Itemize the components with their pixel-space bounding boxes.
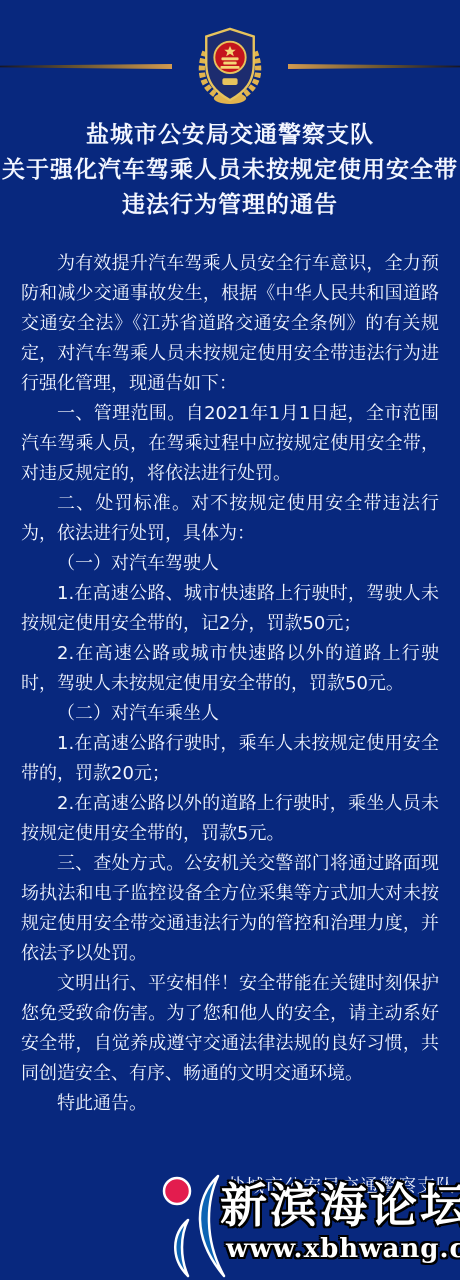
watermark: 新滨海论坛 www.xbhwang.com: [158, 1150, 460, 1278]
notice-paragraph: （二）对汽车乘坐人: [21, 699, 439, 729]
notice-title: 盐城市公安局交通警察支队 关于强化汽车驾乘人员未按规定使用安全带 违法行为管理的…: [0, 118, 460, 223]
notice-title-issuer: 盐城市公安局交通警察支队: [0, 118, 460, 153]
notice-paragraph: 1.在高速公路行驶时，乘车人未按规定使用安全带的，罚款20元；: [21, 729, 439, 789]
notice-paragraph: 文明出行、平安相伴！安全带能在关键时刻保护您免受致命伤害。为了您和他人的安全，请…: [21, 969, 439, 1089]
notice-paragraph: 特此通告。: [21, 1089, 439, 1119]
notice-paragraph: 2.在高速公路或城市快速路以外的道路上行驶时，驾驶人未按规定使用安全带的，罚款5…: [21, 639, 439, 699]
notice-paragraph: 为有效提升汽车驾乘人员安全行车意识，全力预防和减少交通事故发生，根据《中华人民共…: [21, 249, 439, 399]
notice-title-type: 违法行为管理的通告: [0, 188, 460, 223]
notice-title-subject: 关于强化汽车驾乘人员未按规定使用安全带: [0, 153, 460, 188]
notice-paragraph: 一、管理范围。自2021年1月1日起，全市范围汽车驾乘人员，在驾乘过程中应按规定…: [21, 399, 439, 489]
watermark-site-name: 新滨海论坛: [220, 1182, 460, 1232]
notice-paragraph: 2.在高速公路以外的道路上行驶时，乘坐人员未按规定使用安全带的，罚款5元。: [21, 789, 439, 849]
gold-divider-right: [288, 64, 460, 69]
notice-poster: 盐城市公安局交通警察支队 关于强化汽车驾乘人员未按规定使用安全带 违法行为管理的…: [0, 0, 460, 1280]
notice-paragraph: （一）对汽车驾驶人: [21, 549, 439, 579]
gold-divider-left: [0, 64, 172, 69]
notice-paragraph: 1.在高速公路、城市快速路上行驶时，驾驶人未按规定使用安全带的，记2分，罚款50…: [21, 579, 439, 639]
police-badge-icon: [192, 25, 268, 105]
notice-paragraph: 二、处罚标准。对不按规定使用安全带违法行为，依法进行处罚，具体为：: [21, 489, 439, 549]
notice-body: 为有效提升汽车驾乘人员安全行车意识，全力预防和减少交通事故发生，根据《中华人民共…: [21, 249, 439, 1119]
watermark-site-url: www.xbhwang.com: [226, 1235, 460, 1263]
notice-paragraph: 三、查处方式。公安机关交警部门将通过路面现场执法和电子监控设备全方位采集等方式加…: [21, 849, 439, 969]
